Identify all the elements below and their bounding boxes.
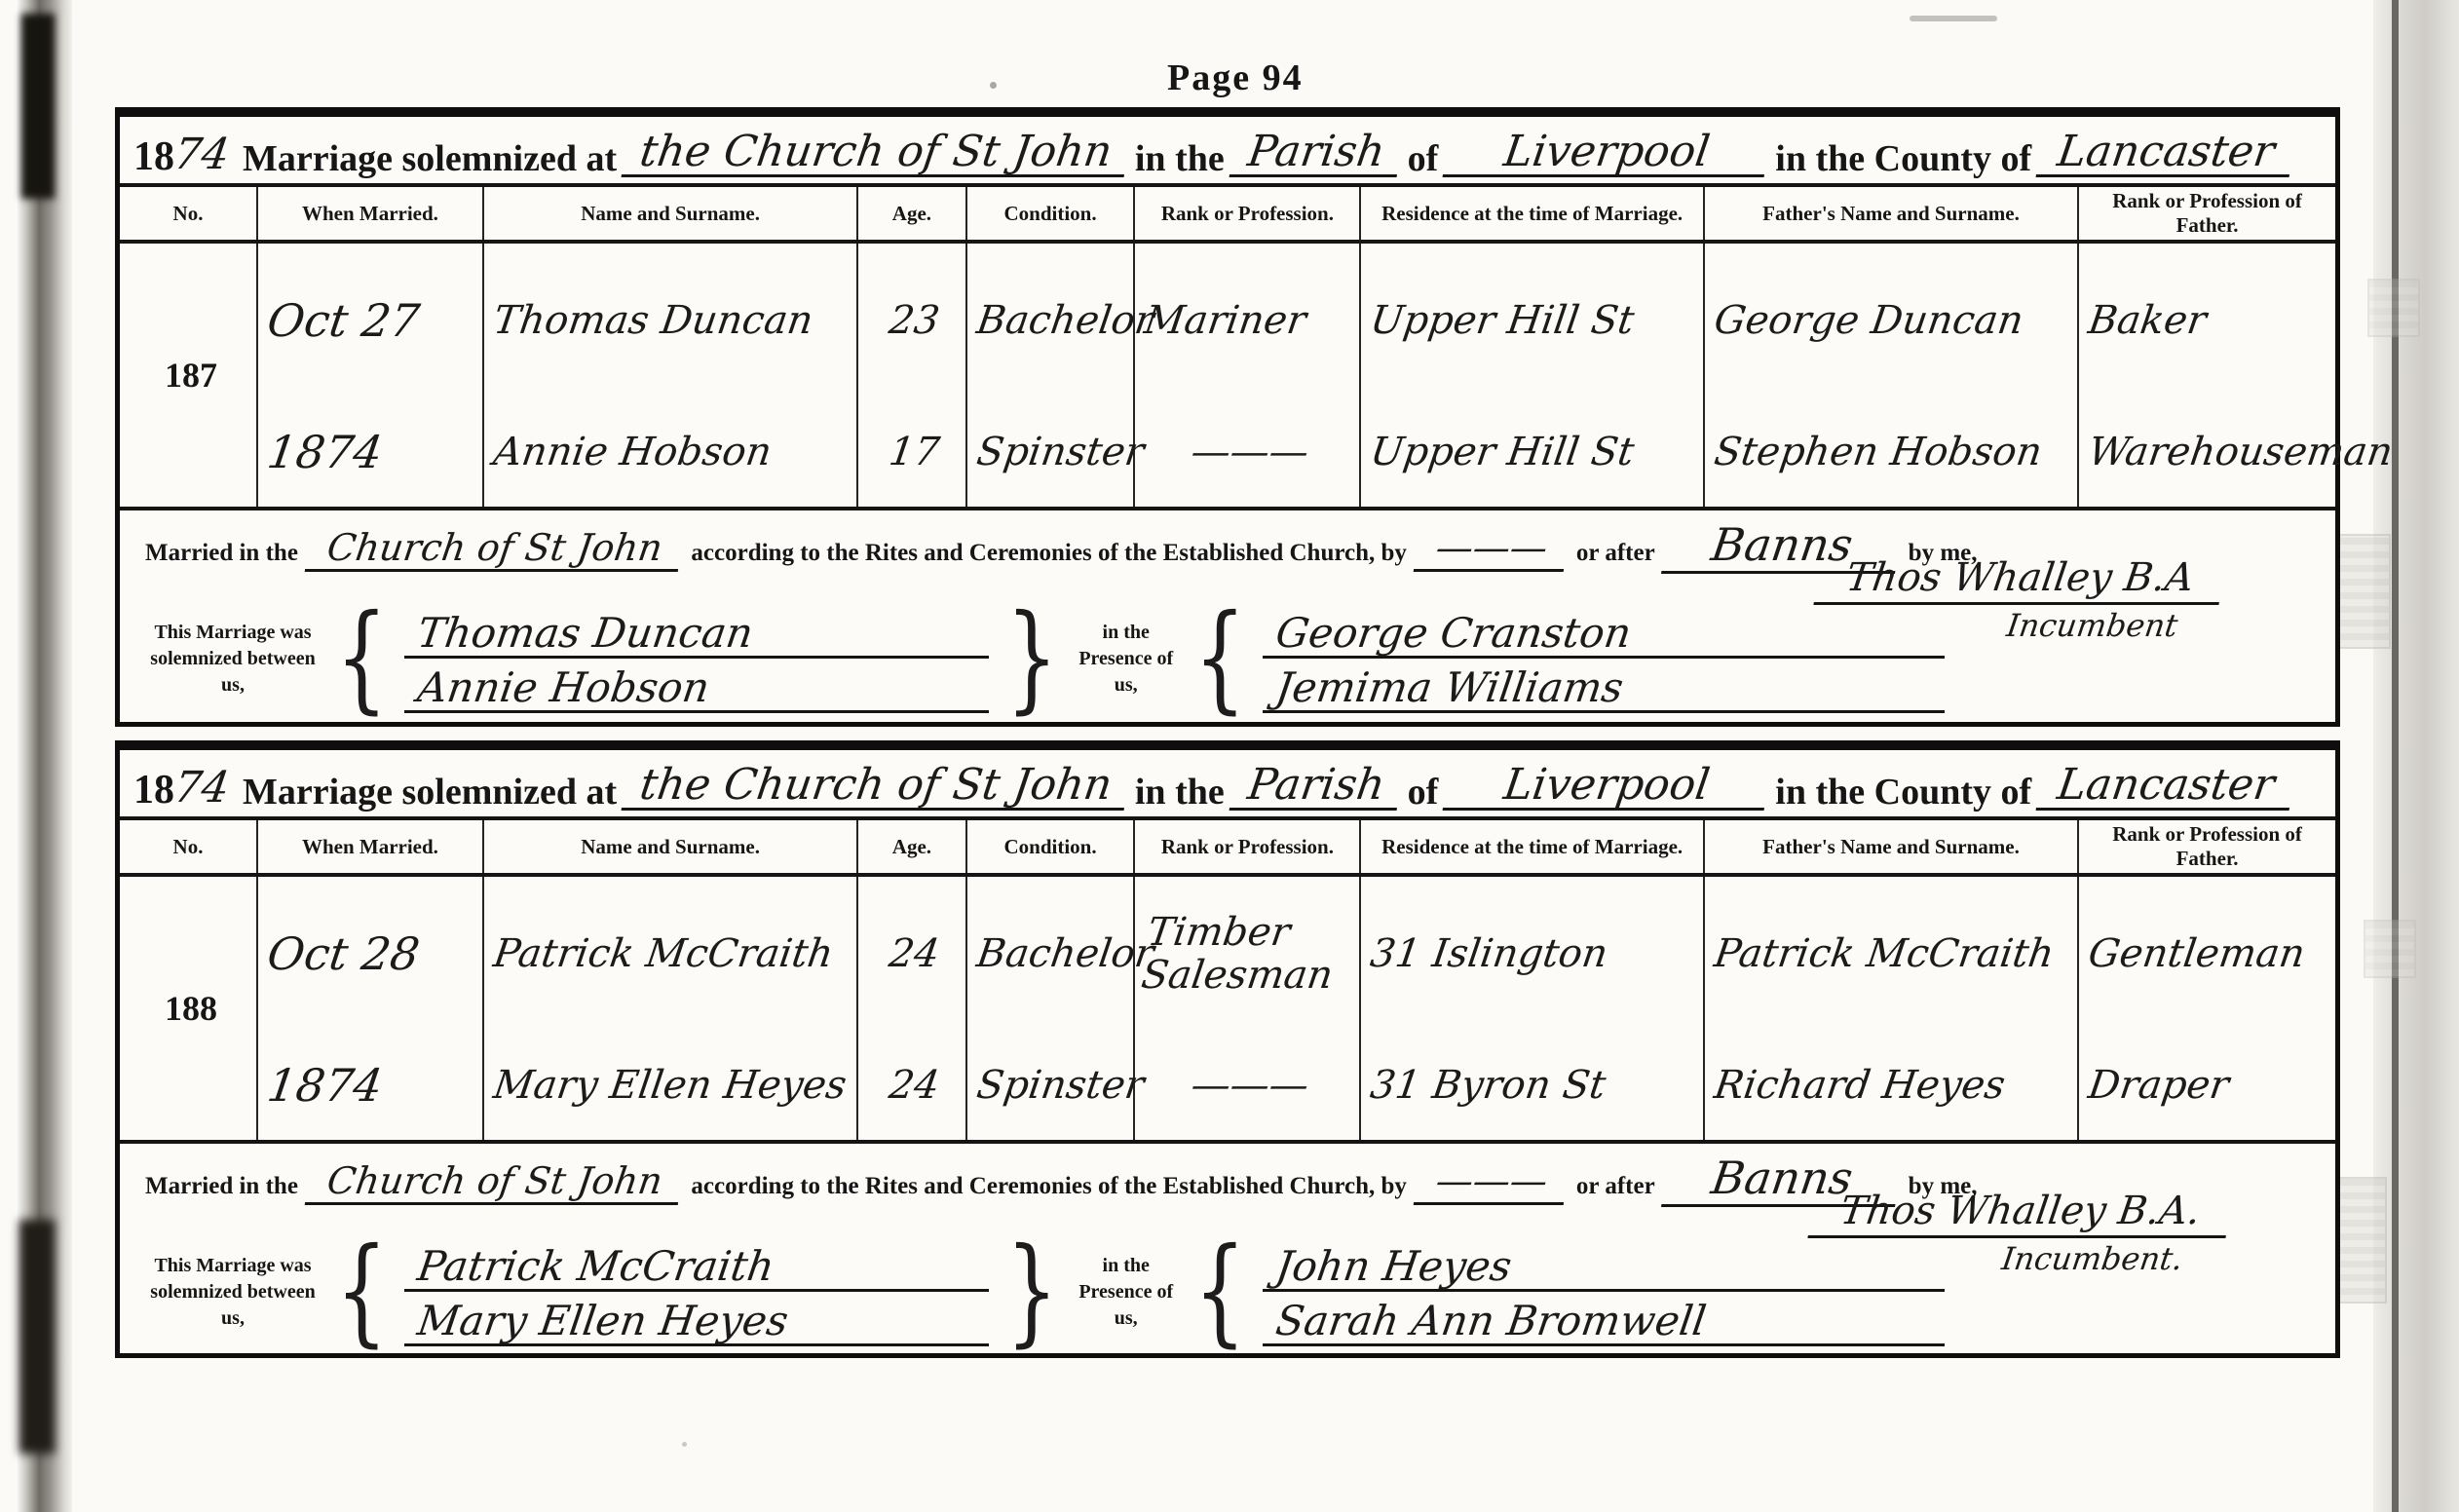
year-handwritten: 74 [171, 766, 232, 811]
rites-label: according to the Rites and Ceremonies of… [691, 1173, 1407, 1200]
church-name-handwritten: the Church of St John [622, 130, 1131, 177]
officiant-signature: Thos Whalley B.A [1813, 555, 2225, 605]
bride-age: 24 [887, 1064, 942, 1107]
signatures-row: This Marriage was solemnized between us,… [147, 604, 1945, 713]
bride-condition: Spinster [974, 1064, 1147, 1107]
scan-speck [1910, 16, 1997, 21]
brace-close: } [1003, 1242, 1063, 1342]
col-name-surname: Name and Surname. [483, 187, 857, 242]
bride-date: 1874 [264, 1061, 385, 1111]
or-after-label: or after [1576, 540, 1655, 567]
bride-row: 1874 Annie Hobson 17 Spinster ——— Upper … [120, 397, 2335, 509]
certificate-header: 1874 Marriage solemnized at the Church o… [120, 750, 2335, 820]
bride-father-name: Stephen Hobson [1712, 431, 2045, 473]
groom-name: Thomas Duncan [491, 299, 815, 342]
witness2-signature: Sarah Ann Bromwell [1273, 1301, 1709, 1342]
church-handwritten: Church of St John [305, 1159, 685, 1205]
witness-signatures: George Cranston Jemima Williams [1263, 604, 1945, 713]
col-father-name: Father's Name and Surname. [1704, 187, 2078, 242]
in-the-label: in the [1135, 774, 1225, 811]
scanned-register-page: Page 94 1874 Marriage solemnized at the … [0, 0, 2459, 1512]
parish-word-handwritten: Parish [1229, 130, 1403, 177]
scan-speck [682, 1442, 687, 1447]
bride-signature: Mary Ellen Heyes [415, 1301, 791, 1342]
col-when-married: When Married. [257, 187, 483, 242]
bride-father-rank: Draper [2086, 1064, 2232, 1107]
bride-age: 17 [887, 431, 942, 473]
couple-signatures: Thomas Duncan Annie Hobson [404, 604, 989, 713]
church-name-handwritten: the Church of St John [622, 763, 1131, 811]
county-label: in the County of [1775, 774, 2031, 811]
church-handwritten: Church of St John [305, 526, 685, 572]
year-prefix: 18 [133, 770, 174, 811]
groom-date: Oct 27 [264, 296, 422, 346]
brace-open: { [1190, 609, 1250, 708]
groom-father-name: George Duncan [1712, 299, 2026, 342]
brace-open: { [331, 609, 392, 708]
of-label: of [1408, 140, 1439, 177]
year-handwritten: 74 [171, 132, 232, 177]
this-marriage-label: This Marriage was solemnized between us, [147, 1253, 319, 1332]
parish-word-handwritten: Parish [1229, 763, 1403, 811]
officiant-title: Incumbent [2005, 607, 2180, 644]
groom-residence: 31 Islington [1368, 932, 1610, 975]
col-when-married: When Married. [257, 820, 483, 875]
presence-label: in the Presence of us, [1076, 620, 1177, 699]
bleed-through-artifact [2367, 279, 2420, 337]
bleed-through-artifact [2364, 920, 2416, 978]
county-label: in the County of [1775, 140, 2031, 177]
by-blank-handwritten: ——— [1414, 526, 1570, 572]
this-marriage-label: This Marriage was solemnized between us, [147, 620, 319, 699]
witness-signatures: John Heyes Sarah Ann Bromwell [1263, 1237, 1945, 1346]
entry-number: 187 [120, 242, 257, 509]
groom-date: Oct 28 [264, 929, 422, 979]
col-no: No. [120, 820, 257, 875]
book-binding-edge [16, 0, 72, 1512]
bride-row: 1874 Mary Ellen Heyes 24 Spinster ——— 31… [120, 1031, 2335, 1142]
parish-name-handwritten: Liverpool [1443, 763, 1771, 811]
bride-rank-dash: ——— [1189, 431, 1311, 473]
col-condition: Condition. [966, 820, 1135, 875]
presence-label: in the Presence of us, [1076, 1253, 1177, 1332]
parish-name-handwritten: Liverpool [1443, 130, 1771, 177]
bride-father-name: Richard Heyes [1712, 1064, 2008, 1107]
col-rank-profession: Rank or Profession. [1134, 187, 1360, 242]
officiant-signature: Thos Whalley B.A. [1807, 1189, 2232, 1238]
year-prefix: 18 [133, 136, 174, 177]
col-name-surname: Name and Surname. [483, 820, 857, 875]
bleed-through-artifact [2334, 1177, 2387, 1304]
solemnized-at-label: Marriage solemnized at [243, 774, 617, 811]
in-the-label: in the [1135, 140, 1225, 177]
brace-open: { [1190, 1242, 1250, 1342]
bride-date: 1874 [264, 428, 385, 477]
marriage-certificate-187: 1874 Marriage solemnized at the Church o… [115, 107, 2340, 727]
rites-label: according to the Rites and Ceremonies of… [691, 540, 1407, 567]
of-label: of [1408, 774, 1439, 811]
col-age: Age. [857, 820, 965, 875]
bride-residence: Upper Hill St [1368, 431, 1637, 473]
groom-father-rank: Gentleman [2086, 932, 2308, 975]
register-table: No. When Married. Name and Surname. Age.… [120, 820, 2335, 1144]
signatures-row: This Marriage was solemnized between us,… [147, 1237, 1945, 1346]
solemnized-at-label: Marriage solemnized at [243, 140, 617, 177]
bride-name: Mary Ellen Heyes [491, 1064, 850, 1107]
or-after-label: or after [1576, 1173, 1655, 1200]
register-table: No. When Married. Name and Surname. Age.… [120, 187, 2335, 510]
couple-signatures: Patrick McCraith Mary Ellen Heyes [404, 1237, 989, 1346]
col-rank-profession: Rank or Profession. [1134, 820, 1360, 875]
page-edge-line [2392, 0, 2399, 1512]
col-father-rank: Rank or Profession of Father. [2078, 187, 2335, 242]
groom-signature: Patrick McCraith [415, 1246, 776, 1287]
col-no: No. [120, 187, 257, 242]
marriage-certificate-188: 1874 Marriage solemnized at the Church o… [115, 740, 2340, 1358]
entry-number: 188 [120, 875, 257, 1142]
col-residence: Residence at the time of Marriage. [1360, 187, 1703, 242]
by-blank-handwritten: ——— [1414, 1159, 1570, 1205]
bride-residence: 31 Byron St [1368, 1064, 1608, 1107]
groom-rank: Timber Salesman [1139, 911, 1361, 997]
certificate-lower-section: Married in the Church of St John accordi… [120, 1144, 2335, 1342]
col-age: Age. [857, 187, 965, 242]
bride-condition: Spinster [974, 431, 1147, 473]
table-header-row: No. When Married. Name and Surname. Age.… [120, 187, 2335, 242]
county-handwritten: Lancaster [2036, 130, 2296, 177]
witness1-signature: George Cranston [1273, 613, 1634, 654]
married-in-the-label: Married in the [145, 1173, 298, 1200]
groom-residence: Upper Hill St [1368, 299, 1637, 342]
married-in-the-label: Married in the [145, 540, 298, 567]
certificate-lower-section: Married in the Church of St John accordi… [120, 510, 2335, 709]
bride-name: Annie Hobson [491, 431, 775, 473]
groom-condition: Bachelor [974, 299, 1156, 342]
bride-father-rank: Warehouseman [2086, 431, 2396, 473]
groom-age: 24 [887, 932, 942, 975]
groom-row: 188 Oct 28 Patrick McCraith 24 Bachelor … [120, 875, 2335, 1031]
bleed-through-artifact [2338, 534, 2391, 649]
witness1-signature: John Heyes [1273, 1246, 1514, 1287]
scan-speck [990, 82, 997, 89]
groom-father-rank: Baker [2086, 299, 2209, 342]
officiant-title: Incumbent. [2000, 1240, 2186, 1277]
groom-father-name: Patrick McCraith [1712, 932, 2057, 975]
groom-name: Patrick McCraith [491, 932, 836, 975]
certificate-header: 1874 Marriage solemnized at the Church o… [120, 117, 2335, 187]
page-number-heading: Page 94 [1167, 57, 1304, 99]
witness2-signature: Jemima Williams [1273, 667, 1626, 708]
table-header-row: No. When Married. Name and Surname. Age.… [120, 820, 2335, 875]
county-handwritten: Lancaster [2036, 763, 2296, 811]
col-father-rank: Rank or Profession of Father. [2078, 820, 2335, 875]
col-condition: Condition. [966, 187, 1135, 242]
brace-open: { [331, 1242, 392, 1342]
col-father-name: Father's Name and Surname. [1704, 820, 2078, 875]
groom-rank: Mariner [1142, 299, 1308, 342]
bride-rank-dash: ——— [1189, 1064, 1311, 1107]
groom-age: 23 [887, 299, 942, 342]
col-residence: Residence at the time of Marriage. [1360, 820, 1703, 875]
bride-signature: Annie Hobson [415, 667, 712, 708]
brace-close: } [1003, 609, 1063, 708]
groom-signature: Thomas Duncan [415, 613, 755, 654]
groom-row: 187 Oct 27 Thomas Duncan 23 Bachelor Mar… [120, 242, 2335, 397]
groom-condition: Bachelor [974, 932, 1156, 975]
